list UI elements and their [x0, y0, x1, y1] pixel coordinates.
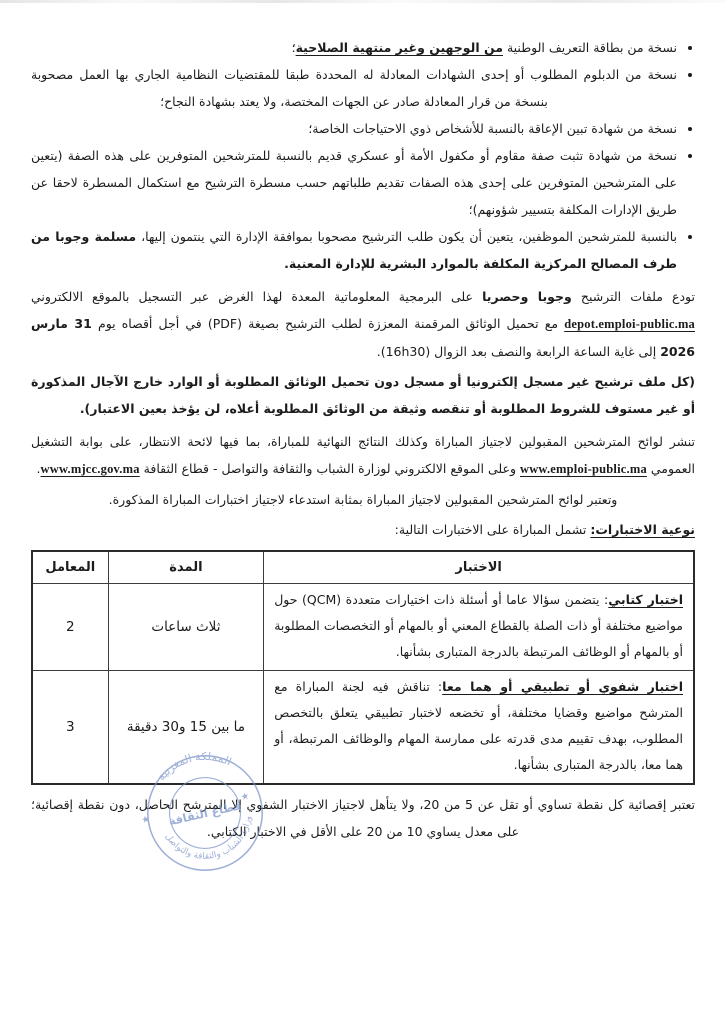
table-row-written-exam: اختبار كتابي: يتضمن سؤالا عاما أو أسئلة …	[32, 584, 694, 671]
oral-exam-coefficient: 3	[32, 671, 108, 785]
paragraph-elimination-score: تعتبر إقصائية كل نقطة تساوي أو تقل عن 5 …	[31, 791, 695, 845]
written-exam-description: اختبار كتابي: يتضمن سؤالا عاما أو أسئلة …	[264, 584, 694, 671]
requirements-list: نسخة من بطاقة التعريف الوطنية من الوجهين…	[31, 34, 695, 277]
requirement-item-disability-certificate: نسخة من شهادة تبين الإعاقة بالنسبة للأشخ…	[31, 115, 677, 142]
scan-artifact-line	[0, 0, 726, 3]
paragraph-rejection-conditions: (كل ملف ترشيح غير مسجل إلكترونيا أو مسجل…	[31, 368, 695, 422]
table-row-oral-exam: اختبار شفوي أو تطبيقي أو هما معا: تناقش …	[32, 671, 694, 785]
column-header-coefficient: المعامل	[32, 551, 108, 584]
paragraph-summons-notice: وتعتبر لوائح المترشحين المقبولين لاجتياز…	[31, 486, 695, 513]
requirement-item-civil-servants: بالنسبة للمترشحين الموظفين، يتعين أن يكو…	[31, 223, 677, 277]
written-exam-coefficient: 2	[32, 584, 108, 671]
oral-exam-description: اختبار شفوي أو تطبيقي أو هما معا: تناقش …	[264, 671, 694, 785]
exams-table: الاختبار المدة المعامل اختبار كتابي: يتض…	[31, 550, 695, 785]
document-body: نسخة من بطاقة التعريف الوطنية من الوجهين…	[31, 34, 695, 848]
heading-exam-types: نوعية الاختبارات: تشمل المباراة على الاخ…	[31, 516, 695, 543]
oral-exam-duration: ما بين 15 و30 دقيقة	[108, 671, 264, 785]
paragraph-submission-procedure: تودع ملفات الترشيح وجوبا وحصريا على البر…	[31, 283, 695, 365]
written-exam-duration: ثلاث ساعات	[108, 584, 264, 671]
requirement-item-diploma: نسخة من الدبلوم المطلوب أو إحدى الشهادات…	[31, 61, 677, 115]
paragraph-results-publication: تنشر لوائح المترشحين المقبولين لاجتياز ا…	[31, 428, 695, 483]
scanned-document-page: { "stamp": { "color": "#7b93c9", "ring_t…	[0, 0, 726, 1024]
column-header-exam: الاختبار	[264, 551, 694, 584]
requirement-item-special-status-certificate: نسخة من شهادة تثبت صفة مقاوم أو مكفول ال…	[31, 142, 677, 223]
requirement-item-id-card: نسخة من بطاقة التعريف الوطنية من الوجهين…	[31, 34, 677, 61]
exams-table-header-row: الاختبار المدة المعامل	[32, 551, 694, 584]
column-header-duration: المدة	[108, 551, 264, 584]
